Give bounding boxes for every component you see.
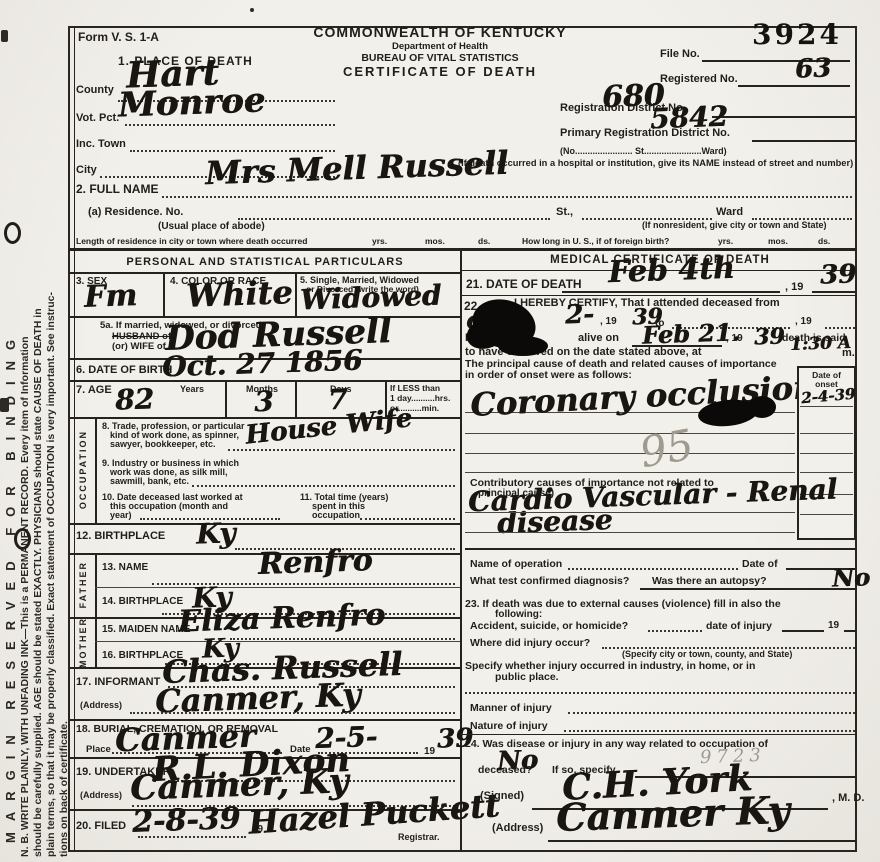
primary-district-value: 5842	[650, 103, 729, 134]
residence-label: (a) Residence. No.	[88, 206, 183, 218]
ds-label: ds.	[818, 236, 830, 246]
scan-artifact	[1, 30, 8, 42]
margin-note-line-1: N. B. WRITE PLAINLY, WITH UNFADING INK—T…	[19, 336, 31, 857]
rule	[95, 553, 97, 617]
full-name-label: 2. FULL NAME	[76, 182, 158, 196]
father-name-label: 13. NAME	[102, 562, 148, 573]
residence-ward-label: Ward	[716, 206, 743, 218]
nature-of-injury-label: Nature of injury	[470, 720, 548, 732]
serial-number: 3924	[752, 18, 842, 51]
age-months-value: 3	[254, 388, 274, 417]
foreign-birth-label: How long in U. S., if of foreign birth?	[522, 236, 669, 246]
marital-value: Widowed	[300, 282, 442, 315]
rule	[465, 512, 795, 513]
no-st-ward-line: (No....................... St...........…	[560, 146, 727, 156]
signed-label: (Signed)	[480, 790, 524, 802]
injury-year-prefix: 19	[828, 620, 839, 631]
rule	[228, 449, 455, 451]
age-label: 7. AGE	[76, 384, 112, 396]
rule	[752, 140, 855, 142]
mother-side-label: MOTHER	[70, 617, 95, 667]
undertaker-address-label: (Address)	[80, 790, 122, 800]
rule	[163, 272, 165, 316]
city-label: City	[76, 164, 97, 176]
years-label: Years	[180, 384, 204, 394]
test-label: What test confirmed diagnosis?	[470, 575, 629, 587]
father-birthplace-label: 14. BIRTHPLACE	[102, 596, 183, 607]
rule	[568, 712, 855, 714]
mos-label: mos.	[768, 236, 788, 246]
from-year-prefix: , 19	[600, 316, 617, 327]
rule	[95, 617, 97, 667]
where-injury-note: (Specify city or town, county, and State…	[622, 649, 792, 659]
rule	[192, 485, 455, 487]
rule	[800, 433, 853, 434]
m-label: m.	[842, 347, 855, 359]
trade-label-3: sawyer, bookkeeper, etc.	[110, 439, 216, 449]
rule	[825, 327, 855, 329]
mother-maiden-name-value: Eliza Renfro	[178, 600, 386, 637]
date-of-injury-label: date of injury	[706, 620, 772, 632]
industry-label-3: sawmill, bank, etc.	[110, 476, 189, 486]
rule	[138, 836, 246, 838]
length-of-residence-label: Length of residence in city or town wher…	[76, 236, 307, 246]
operation-label: Name of operation	[470, 558, 562, 570]
dod-year-prefix: , 19	[785, 281, 803, 293]
ink-blot	[498, 336, 548, 356]
rule	[70, 380, 460, 382]
where-injury-label: Where did injury occur?	[470, 637, 590, 649]
rule	[800, 514, 853, 515]
rule	[812, 291, 855, 293]
rule	[162, 196, 852, 198]
inc-town-label: Inc. Town	[76, 138, 126, 150]
autopsy-value: No	[832, 565, 871, 590]
manner-of-injury-label: Manner of injury	[470, 702, 552, 714]
rule	[230, 638, 455, 640]
physician-address-label: (Address)	[492, 822, 543, 834]
rule	[465, 548, 855, 550]
rule	[295, 272, 297, 316]
mos-label: mos.	[425, 236, 445, 246]
rule	[548, 840, 855, 842]
rule	[460, 295, 857, 296]
full-name-value: Mrs Mell Russell	[205, 147, 509, 190]
rule	[295, 380, 297, 417]
residence-st-label: St.,	[556, 206, 573, 218]
rule	[465, 692, 855, 694]
certificate-title: CERTIFICATE OF DEATH	[290, 64, 590, 79]
date-of-death-label: 21. DATE OF DEATH	[466, 277, 582, 291]
ds-label: ds.	[478, 236, 490, 246]
rule	[225, 380, 227, 417]
dod-year-value: 39	[820, 261, 857, 288]
rule	[465, 532, 795, 533]
filed-date-value: 2-8-39	[132, 804, 241, 838]
rule	[712, 116, 855, 118]
burial-place-label: Place	[86, 744, 111, 755]
scan-artifact	[250, 8, 254, 12]
county-label: County	[76, 84, 114, 96]
alive-on-label: alive on	[578, 332, 619, 344]
informant-label: 17. INFORMANT	[76, 676, 160, 688]
hospital-note: (If death occurred in a hospital or inst…	[458, 158, 853, 168]
occupation-side-label: OCCUPATION	[70, 417, 95, 523]
rule	[844, 630, 856, 632]
last-worked-label-3: year)	[110, 510, 132, 520]
date-of-birth-value: Oct. 27 1856	[162, 347, 363, 382]
pencil-code-95: 95	[637, 424, 697, 475]
margin-note-line-3: plain terms, so that it may be properly …	[45, 292, 57, 857]
rule	[568, 568, 738, 570]
file-no-label: File No.	[660, 48, 700, 60]
punch-hole-mark	[4, 222, 21, 244]
seen-year-prefix: , 19	[726, 333, 743, 344]
form-number: Form V. S. 1-A	[78, 30, 159, 44]
wife-of-label: (or) WIFE of	[112, 341, 166, 352]
department-line: Department of Health	[290, 41, 590, 52]
rule	[465, 453, 795, 454]
seen-year-value: 39	[754, 325, 785, 348]
rule	[562, 291, 780, 293]
operation-date-label: Date of	[742, 558, 778, 570]
sex-value: Fm	[83, 281, 137, 313]
rule	[465, 472, 795, 473]
registered-no-label: Registered No.	[660, 73, 738, 85]
rule	[465, 433, 795, 434]
personal-section-title: PERSONAL AND STATISTICAL PARTICULARS	[70, 256, 460, 268]
accident-label: Accident, suicide, or homicide?	[470, 620, 628, 632]
age-years-value: 82	[115, 385, 155, 414]
rule	[800, 406, 853, 407]
autopsy-label: Was there an autopsy?	[652, 575, 767, 587]
punch-hole-mark	[14, 528, 31, 550]
scan-artifact	[0, 398, 9, 412]
rule	[564, 730, 855, 732]
rule	[460, 734, 857, 735]
burial-year-prefix: 19	[424, 746, 435, 757]
rule	[70, 523, 460, 525]
md-label: , M. D.	[832, 792, 864, 804]
rule	[460, 250, 462, 852]
abode-note: (Usual place of abode)	[158, 221, 265, 232]
occupation-related-value: No	[497, 747, 539, 774]
rule	[125, 124, 335, 126]
external-causes-label-2: following:	[495, 609, 542, 620]
birthplace-label: 12. BIRTHPLACE	[76, 530, 165, 542]
rule	[782, 630, 824, 632]
vot-pct-label: Vot. Pct.	[76, 112, 119, 124]
date-of-death-value: Feb 4th	[608, 254, 736, 288]
rule	[738, 85, 850, 87]
rule	[95, 417, 97, 523]
rule	[95, 587, 460, 588]
bureau-line: BUREAU OF VITAL STATISTICS	[290, 52, 590, 64]
nonresident-note: (If nonresident, give city or town and S…	[642, 220, 827, 230]
rule	[648, 630, 702, 632]
yrs-label: yrs.	[718, 236, 733, 246]
date-of-birth-label: 6. DATE OF BIRTH	[76, 364, 172, 376]
yrs-label: yrs.	[372, 236, 387, 246]
certificate-scan: MARGIN RESERVED FOR BINDING N. B. WRITE …	[0, 0, 880, 862]
physician-address-value: Canmer Ky	[555, 791, 790, 837]
father-name-value: Renfro	[258, 546, 374, 580]
rule	[238, 218, 550, 220]
color-race-value: White	[185, 276, 293, 312]
specify-injury-label-2: public place.	[495, 671, 559, 683]
if-less-label: If LESS than	[390, 383, 440, 393]
rule	[130, 712, 455, 714]
registrar-label: Registrar.	[398, 832, 440, 842]
margin-note-line-2: should be carefully supplied. AGE should…	[32, 308, 44, 857]
informant-address-label: (Address)	[80, 700, 122, 710]
father-side-label: FATHER	[70, 553, 95, 617]
contributory-value-2: disease	[497, 506, 613, 538]
rule	[640, 588, 855, 590]
commonwealth-title: COMMONWEALTH OF KENTUCKY	[290, 24, 590, 40]
filed-label: 20. FILED	[76, 820, 126, 832]
rule	[95, 641, 460, 642]
ink-blot	[748, 396, 776, 418]
vot-pct-value: Monroe	[117, 83, 265, 122]
birthplace-value: Ky	[196, 519, 236, 548]
to-year-prefix: , 19	[795, 316, 812, 327]
rule	[68, 248, 857, 251]
total-time-label-3: occupation	[312, 510, 360, 520]
if-less-hrs-label: 1 day..........hrs.	[390, 393, 450, 403]
rule	[360, 518, 455, 520]
registered-no-value: 63	[795, 55, 832, 82]
rule	[800, 453, 853, 454]
attended-from-value: 2-	[565, 302, 595, 329]
mother-maiden-name-label: 15. MAIDEN NAME	[102, 624, 190, 635]
